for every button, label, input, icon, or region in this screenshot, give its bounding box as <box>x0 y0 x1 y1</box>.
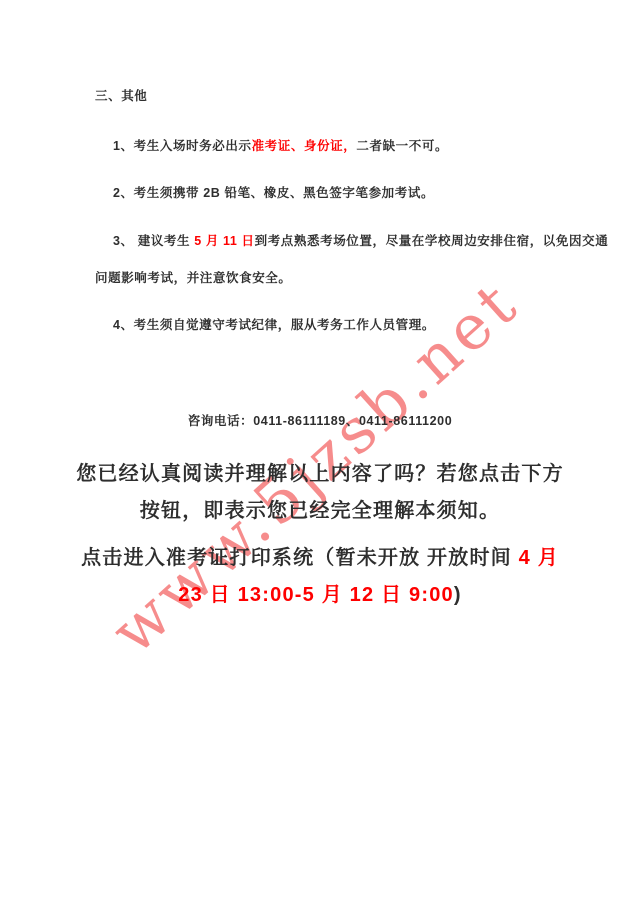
item1-highlight: 准考证、身份证， <box>252 139 357 153</box>
item3-highlight-date: 5 月 11 日 <box>194 234 254 248</box>
contact-phone-line: 咨询电话：0411-86111189、0411-86111200 <box>0 411 640 429</box>
print-link-open-time-part2[interactable]: 23 日 13:00-5 月 12 日 9:00 <box>178 584 454 606</box>
item1-text-pre: 1、考生入场时务必出示 <box>113 139 252 153</box>
confirmation-line2: 按钮，即表示您已经完全理解本须知。 <box>0 494 640 523</box>
notice-item-3-line2: 问题影响考试，并注意饮食安全。 <box>95 268 292 286</box>
print-system-link-line1[interactable]: 点击进入准考证打印系统（暂未开放 开放时间 4 月 <box>0 541 640 570</box>
document-page: www.5jzsb.net 三、其他 1、考生入场时务必出示准考证、身份证，二者… <box>0 0 640 906</box>
notice-item-2: 2、考生须携带 2B 铅笔、橡皮、黑色签字笔参加考试。 <box>113 183 434 201</box>
print-link-closing-paren[interactable]: ) <box>454 584 462 606</box>
item3-text-pre: 3、 建议考生 <box>113 234 194 248</box>
item1-text-post: 二者缺一不可。 <box>356 139 448 153</box>
item3-text-post: 到考点熟悉考场位置，尽量在学校周边安排住宿，以免因交通 <box>255 234 609 248</box>
section-heading: 三、其他 <box>95 86 147 104</box>
notice-item-3-line1: 3、 建议考生 5 月 11 日到考点熟悉考场位置，尽量在学校周边安排住宿，以免… <box>113 231 608 249</box>
notice-item-4: 4、考生须自觉遵守考试纪律，服从考务工作人员管理。 <box>113 315 435 333</box>
print-system-link-line2[interactable]: 23 日 13:00-5 月 12 日 9:00) <box>0 578 640 607</box>
print-link-open-time-part1[interactable]: 4 月 <box>519 547 559 569</box>
confirmation-line1: 您已经认真阅读并理解以上内容了吗？若您点击下方 <box>0 457 640 486</box>
notice-item-1: 1、考生入场时务必出示准考证、身份证，二者缺一不可。 <box>113 136 448 154</box>
print-link-black-text[interactable]: 点击进入准考证打印系统（暂未开放 开放时间 <box>81 547 519 569</box>
